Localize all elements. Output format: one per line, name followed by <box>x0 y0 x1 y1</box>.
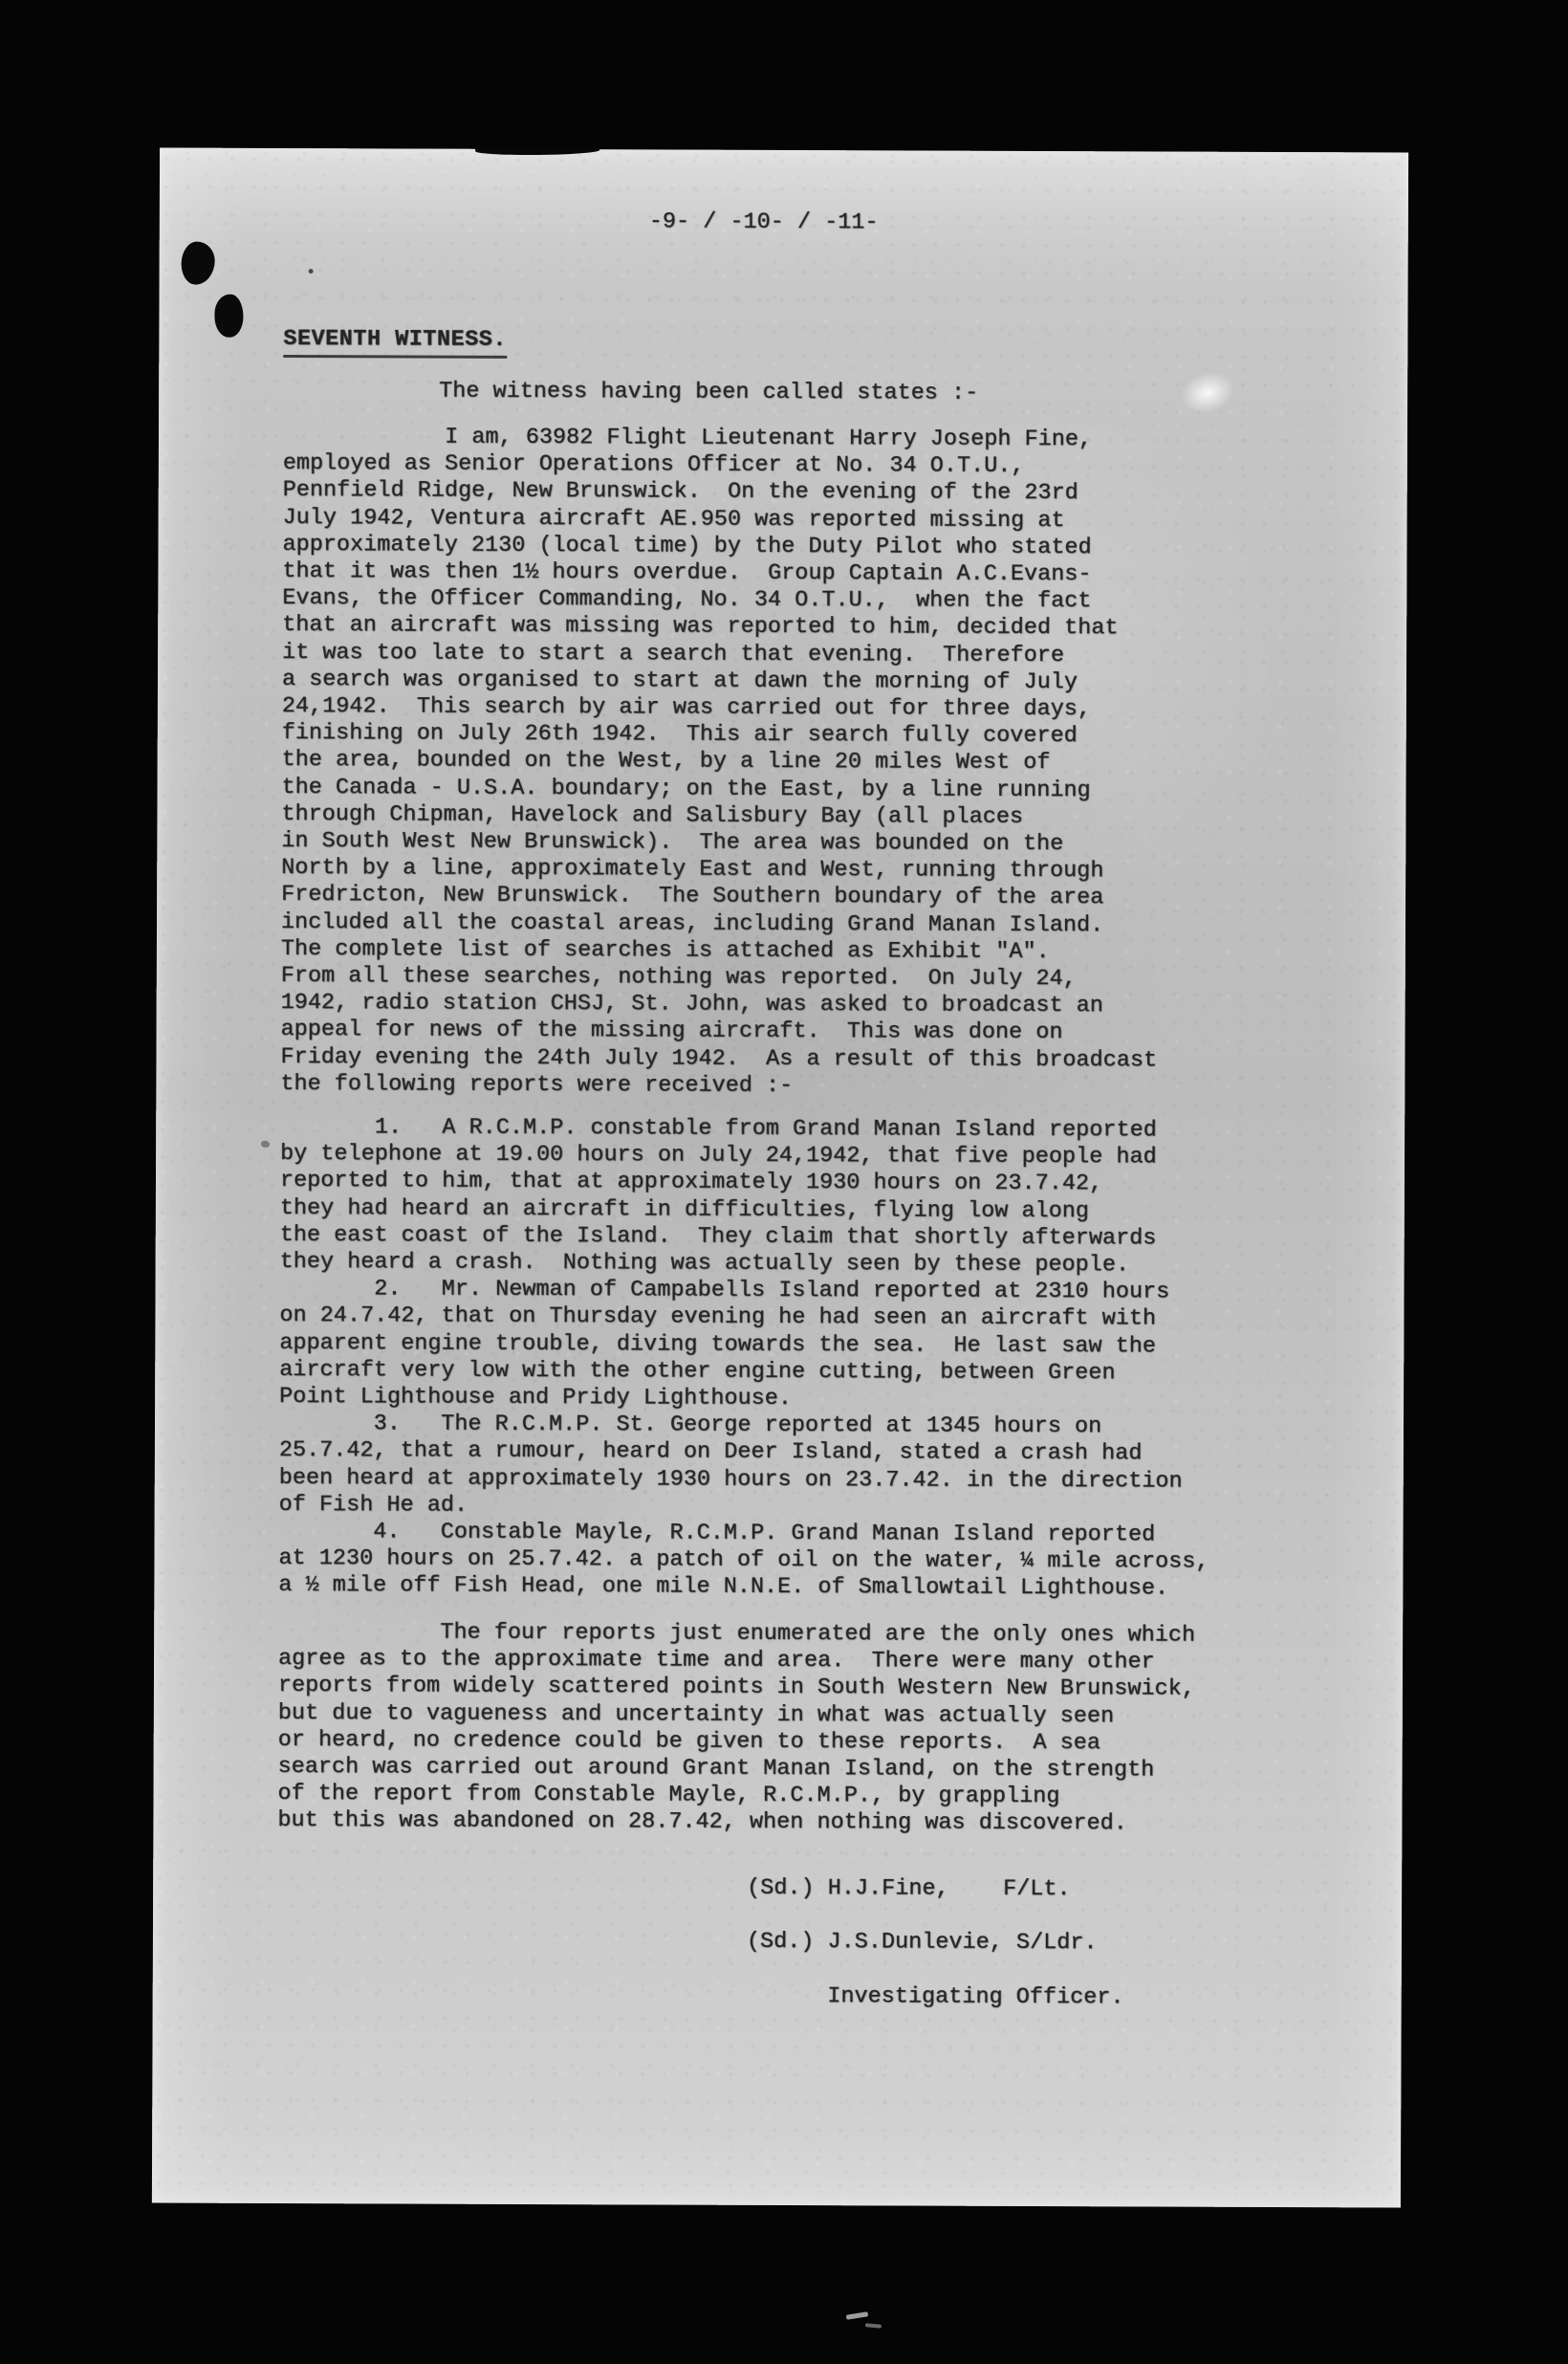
ink-blot-bottom <box>214 295 243 338</box>
paper-speck <box>309 269 314 274</box>
intro-line: The witness having been called states :- <box>439 379 978 407</box>
margin-mark <box>261 1141 270 1148</box>
paper-edge-tear <box>475 146 599 155</box>
signature-block: (Sd.) H.J.Fine, F/Lt. (Sd.) J.S.Dunlevie… <box>747 1875 1124 2012</box>
page-number: -9- / -10- / -11- <box>649 208 879 236</box>
document-page: -9- / -10- / -11- SEVENTH WITNESS. The w… <box>152 148 1408 2208</box>
scanned-document-screenshot: -9- / -10- / -11- SEVENTH WITNESS. The w… <box>0 0 1568 2364</box>
closing-paragraph: The four reports just enumerated are the… <box>277 1619 1195 1838</box>
numbered-reports: 1. A R.C.M.P. constable from Grand Manan… <box>278 1114 1210 1603</box>
section-heading: SEVENTH WITNESS. <box>283 326 507 359</box>
scan-artifact-speck <box>865 2323 882 2328</box>
ink-blot-top <box>182 242 215 285</box>
scan-artifact-speck <box>846 2311 868 2320</box>
witness-statement-paragraph: I am, 63982 Flight Lieutenant Harry Jose… <box>280 424 1159 1102</box>
paper-smudge <box>1164 356 1251 429</box>
